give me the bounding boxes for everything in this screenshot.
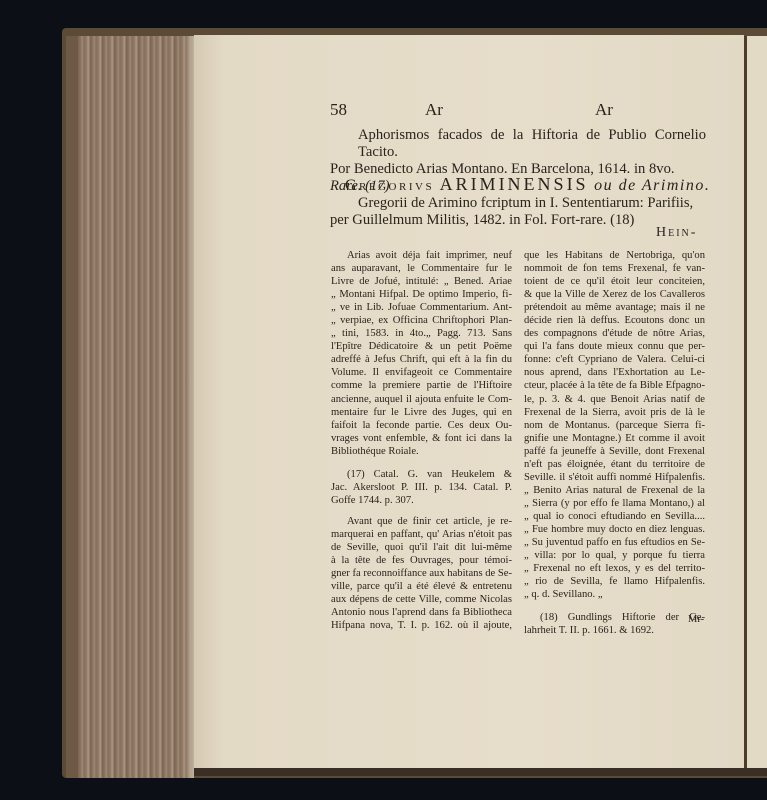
text-line: „ q. d. Sevillano. „: [524, 588, 705, 601]
catchword-mr: Mr-: [688, 614, 704, 625]
entry-line: Gregorii de Arimino fcriptum in I. Sente…: [330, 195, 706, 212]
text-line: adreffé à Jefus Chrift, qui eft à la fin…: [331, 353, 512, 366]
text-line: Frexenal de la Sierra, avoit pris de là …: [524, 406, 705, 419]
text-line: cteur, placée à la tête de fa Bible Efpa…: [524, 379, 705, 392]
text-line: des compagnons d'étude de nôtre Arias,: [524, 327, 705, 340]
text-line: aux dépens de cette Ville, comme Nicolas: [331, 593, 512, 606]
text-line: Hifpana nova, T. I. p. 162. où il ajoute…: [331, 619, 512, 632]
text-line: Seville. il s'étoit auffi nommé Hifpalen…: [524, 471, 705, 484]
heading-name: Gregorivs: [345, 177, 434, 194]
text-line: que les Habitans de Nertobriga, qu'on: [524, 249, 705, 262]
left-column: Arias avoit déja fait imprimer, neuf ans…: [331, 249, 512, 632]
footnote-line: Goffe 1744. p. 307.: [331, 494, 512, 507]
text-line: „ Su juventud paffo en fus eftudios en S…: [524, 536, 705, 549]
text-line: paffé fa jeuneffe à Seville, dont Frexen…: [524, 445, 705, 458]
page-edges-stack: [66, 36, 194, 778]
text-line: Livre de Jofué, intitulé: „ Bened. Ariae: [331, 275, 512, 288]
catchword-hein: Hein-: [656, 225, 697, 241]
text-line: ancienne, auquel il ajouta enfuite le Co…: [331, 393, 512, 406]
heading-surname: ARIMINENSIS: [440, 174, 589, 194]
text-line: nommoit de fon tems Frexenal, fe van-: [524, 262, 705, 275]
footnote-line: (18) Gundlings Hiftorie der Ge-: [524, 611, 705, 624]
page-number: 58: [330, 100, 347, 120]
text-line: le, p. 3. & 4. que Benoit Arias natif de: [524, 393, 705, 406]
paragraph-arias: Arias avoit déja fait imprimer, neuf ans…: [331, 249, 512, 458]
entry-gregorius: Gregorii de Arimino fcriptum in I. Sente…: [330, 195, 706, 229]
text-line: gnifie une Montagne.) Et comme il avoit: [524, 432, 705, 445]
text-line: & que la Ville de Xerez de los Cavallero…: [524, 288, 705, 301]
text-line: prétendoit au même avantage; mais il ne: [524, 301, 705, 314]
text-line: Antonio nous l'aprend dans fa Bibliothec…: [331, 606, 512, 619]
text-line: faifoit la feconde partie. Ces deux Ou-: [331, 419, 512, 432]
entry-line: Aphorismos facados de la Hiftoria de Pub…: [330, 127, 706, 161]
entry-line: per Guillelmum Militis, 1482. in Fol. Fo…: [330, 212, 706, 229]
text-line: Volume. Il envifageoit ce Commentaire: [331, 366, 512, 379]
footnote-line: (17) Catal. G. van Heukelem &: [331, 468, 512, 481]
text-line: „ villa: por lo qual, y porque fu tierra: [524, 549, 705, 562]
text-line: gner fa reconnoiffance aux habitans de S…: [331, 567, 512, 580]
text-line: de Seville, quoi qu'il l'ait dit lui-mêm…: [331, 541, 512, 554]
text-line: „ tini, 1583. in 4to.„ Pagg. 713. Sans: [331, 327, 512, 340]
text-line: qui l'a fans doute mieux connu que per-: [524, 340, 705, 353]
text-line: n'eft pas éloignée, étant du territoire …: [524, 458, 705, 471]
paragraph-avant: Avant que de finir cet article, je re- m…: [331, 515, 512, 632]
text-line: „ Sierra (y por effo fe llama Montano,) …: [524, 497, 705, 510]
footnote-line: Jac. Akersloot P. III. p. 134. Catal. P.: [331, 481, 512, 494]
facing-page-edge: [744, 36, 767, 770]
text-line: ans auparavant, le Commentaire fur le: [331, 262, 512, 275]
text-line: nous aprend, dans l'Exhortation au Le-: [524, 366, 705, 379]
text-line: mentaire fur le Livre des Juges, qui en: [331, 406, 512, 419]
footnote-18: (18) Gundlings Hiftorie der Ge- lahrheit…: [524, 611, 705, 637]
text-line: nom de Montanus. (parceque Sierra fi-: [524, 419, 705, 432]
running-head-left: Ar: [425, 100, 443, 120]
footnote-17: (17) Catal. G. van Heukelem & Jac. Akers…: [331, 468, 512, 507]
text-line: „ rio de Sevilla, fe llamo Hifpalenfis.: [524, 575, 705, 588]
text-line: „ verpiae, ex Officina Chriftophori Plan…: [331, 314, 512, 327]
text-line: Arias avoit déja fait imprimer, neuf: [331, 249, 512, 262]
running-head-right: Ar: [595, 100, 613, 120]
right-column: que les Habitans de Nertobriga, qu'on no…: [524, 249, 705, 637]
text-line: Bibliothéque Roiale.: [331, 445, 512, 458]
text-line: comme la premiere partie de l'Hiftoire: [331, 379, 512, 392]
text-line: fonne: c'eft Cypriano de Valera. Celui-c…: [524, 353, 705, 366]
text-line: à la tête de fes Ouvrages, pour témoi-: [331, 554, 512, 567]
text-line: „ ve in Lib. Jofuae Commentarium. Ant-: [331, 301, 512, 314]
text-line: „ qual io conoci eftudiando en Sevilla..…: [524, 510, 705, 523]
text-line: décide rien là deffus. Ecoutons donc un: [524, 314, 705, 327]
paragraph-habitans: que les Habitans de Nertobriga, qu'on no…: [524, 249, 705, 601]
entry-heading-gregorius: Gregorivs ARIMINENSIS ou de Arimino.: [345, 174, 710, 195]
footnote-line: lahrheit T. II. p. 1661. & 1692.: [524, 624, 705, 637]
text-line: Avant que de finir cet article, je re-: [331, 515, 512, 528]
text-line: „ Frexenal no eft lexos, y es del territ…: [524, 562, 705, 575]
page-bottom-shadow: [194, 768, 767, 776]
text-line: l'Epître Dédicatoire & un petit Poëme: [331, 340, 512, 353]
text-line: ville, parce qu'il a été élevé & entrete…: [331, 580, 512, 593]
text-line: „ Fue hombre muy docto en diez lenguas.: [524, 523, 705, 536]
text-line: „ Benito Arias natural de Frexenal de la: [524, 484, 705, 497]
text-line: „ Montani Hifpal. De optimo Imperio, fi-: [331, 288, 512, 301]
text-line: vrages vont enfemble, & font ici dans la: [331, 432, 512, 445]
text-line: marquerai en paffant, qu' Arias n'étoit …: [331, 528, 512, 541]
running-head: 58 Ar Ar: [330, 100, 710, 122]
heading-tail: ou de Arimino.: [594, 177, 710, 194]
text-line: toient de ce qu'il étoit leur conciteien…: [524, 275, 705, 288]
